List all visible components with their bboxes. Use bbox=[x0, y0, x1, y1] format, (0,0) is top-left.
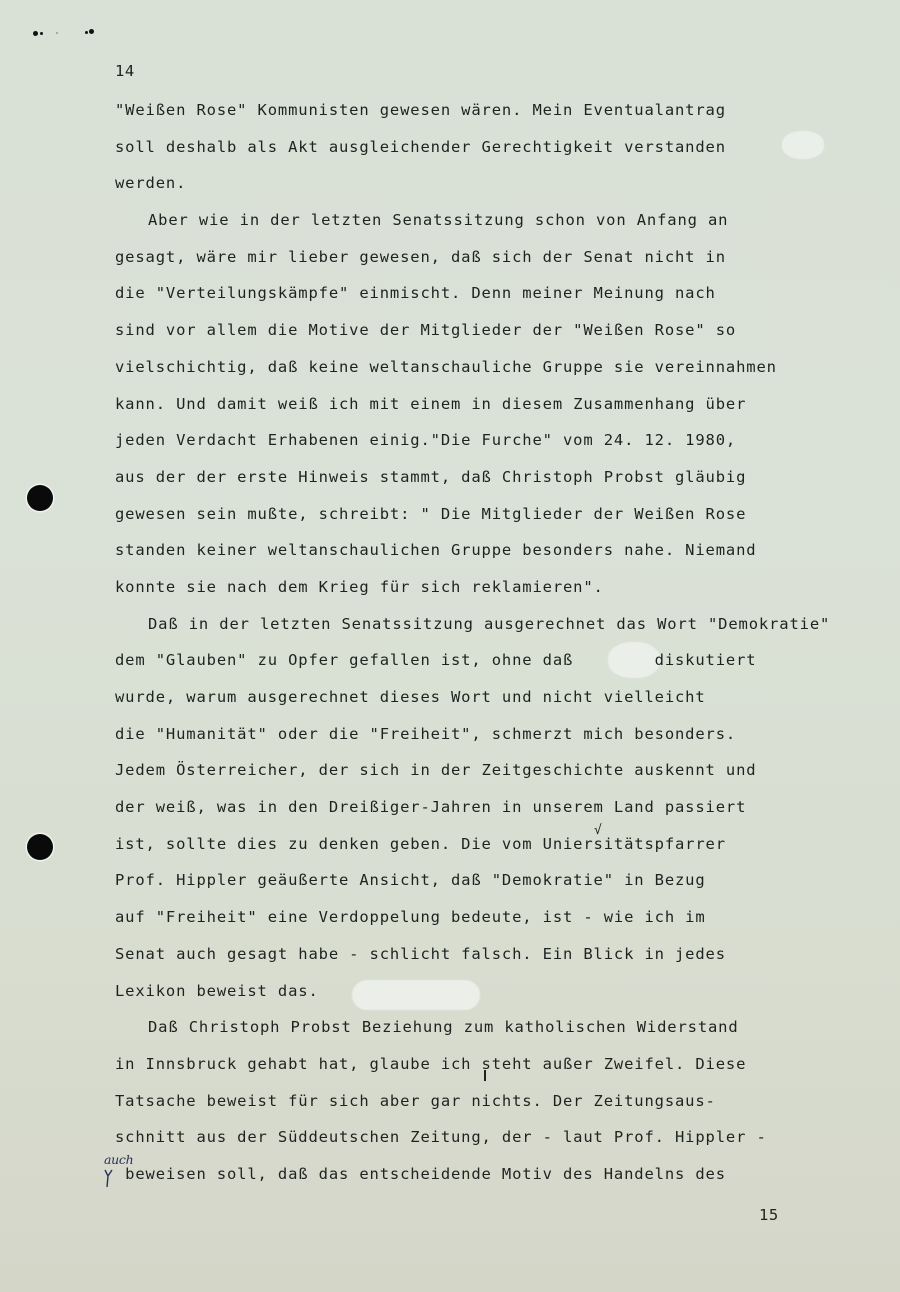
text-line: die "Humanität" oder die "Freiheit", sch… bbox=[115, 721, 885, 758]
text-line: Lexikon beweist das. bbox=[115, 978, 885, 1015]
check-mark-annotation: √ bbox=[594, 823, 602, 838]
text-line: "Weißen Rose" Kommunisten gewesen wären.… bbox=[115, 97, 885, 134]
text-line: standen keiner weltanschaulichen Gruppe … bbox=[115, 537, 885, 574]
punch-hole bbox=[27, 485, 53, 511]
text-line: Aber wie in der letzten Senatssitzung sc… bbox=[115, 207, 885, 244]
text-line: vielschichtig, daß keine weltanschaulich… bbox=[115, 354, 885, 391]
text-line: wurde, warum ausgerechnet dieses Wort un… bbox=[115, 684, 885, 721]
handwritten-insert: auch bbox=[104, 1152, 133, 1167]
body-text: "Weißen Rose" Kommunisten gewesen wären.… bbox=[115, 97, 885, 1198]
page-number-bottom: 15 bbox=[759, 1206, 779, 1224]
text-line: die "Verteilungskämpfe" einmischt. Denn … bbox=[115, 280, 885, 317]
text-line: Senat auch gesagt habe - schlicht falsch… bbox=[115, 941, 885, 978]
text-line: Jedem Österreicher, der sich in der Zeit… bbox=[115, 757, 885, 794]
mark-dot bbox=[56, 32, 58, 34]
text-line: gesagt, wäre mir lieber gewesen, daß sic… bbox=[115, 244, 885, 281]
mark-dot bbox=[89, 29, 94, 34]
text-line: in Innsbruck gehabt hat, glaube ich steh… bbox=[115, 1051, 885, 1088]
comma-insert-mark bbox=[484, 1070, 486, 1081]
page-number-top: 14 bbox=[115, 62, 135, 80]
text-line: konnte sie nach dem Krieg für sich rekla… bbox=[115, 574, 885, 611]
punch-hole bbox=[27, 834, 53, 860]
text-line: Daß Christoph Probst Beziehung zum katho… bbox=[115, 1014, 885, 1051]
insert-caret-icon bbox=[104, 1168, 114, 1188]
text-line: werden. bbox=[115, 170, 885, 207]
text-line: dem "Glauben" zu Opfer gefallen ist, ohn… bbox=[115, 647, 885, 684]
text-line: gewesen sein mußte, schreibt: " Die Mitg… bbox=[115, 501, 885, 538]
text-line: Prof. Hippler geäußerte Ansicht, daß "De… bbox=[115, 867, 885, 904]
mark-dot bbox=[33, 31, 38, 36]
text-line: beweisen soll, daß das entscheidende Mot… bbox=[115, 1161, 885, 1198]
text-line: auf "Freiheit" eine Verdoppelung bedeute… bbox=[115, 904, 885, 941]
text-line: Daß in der letzten Senatssitzung ausgere… bbox=[115, 611, 885, 648]
text-line: der weiß, was in den Dreißiger-Jahren in… bbox=[115, 794, 885, 831]
document-page: 14 "Weißen Rose" Kommunisten gewesen wär… bbox=[0, 0, 900, 1292]
scan-marks bbox=[33, 27, 103, 41]
text-line: soll deshalb als Akt ausgleichender Gere… bbox=[115, 134, 885, 171]
text-line: Tatsache beweist für sich aber gar nicht… bbox=[115, 1088, 885, 1125]
mark-dot bbox=[40, 32, 43, 35]
mark-dot bbox=[85, 31, 88, 34]
text-line: aus der der erste Hinweis stammt, daß Ch… bbox=[115, 464, 885, 501]
text-line: jeden Verdacht Erhabenen einig."Die Furc… bbox=[115, 427, 885, 464]
text-line: kann. Und damit weiß ich mit einem in di… bbox=[115, 391, 885, 428]
text-line: schnitt aus der Süddeutschen Zeitung, de… bbox=[115, 1124, 885, 1161]
text-line: sind vor allem die Motive der Mitglieder… bbox=[115, 317, 885, 354]
text-line: ist, sollte dies zu denken geben. Die vo… bbox=[115, 831, 885, 868]
